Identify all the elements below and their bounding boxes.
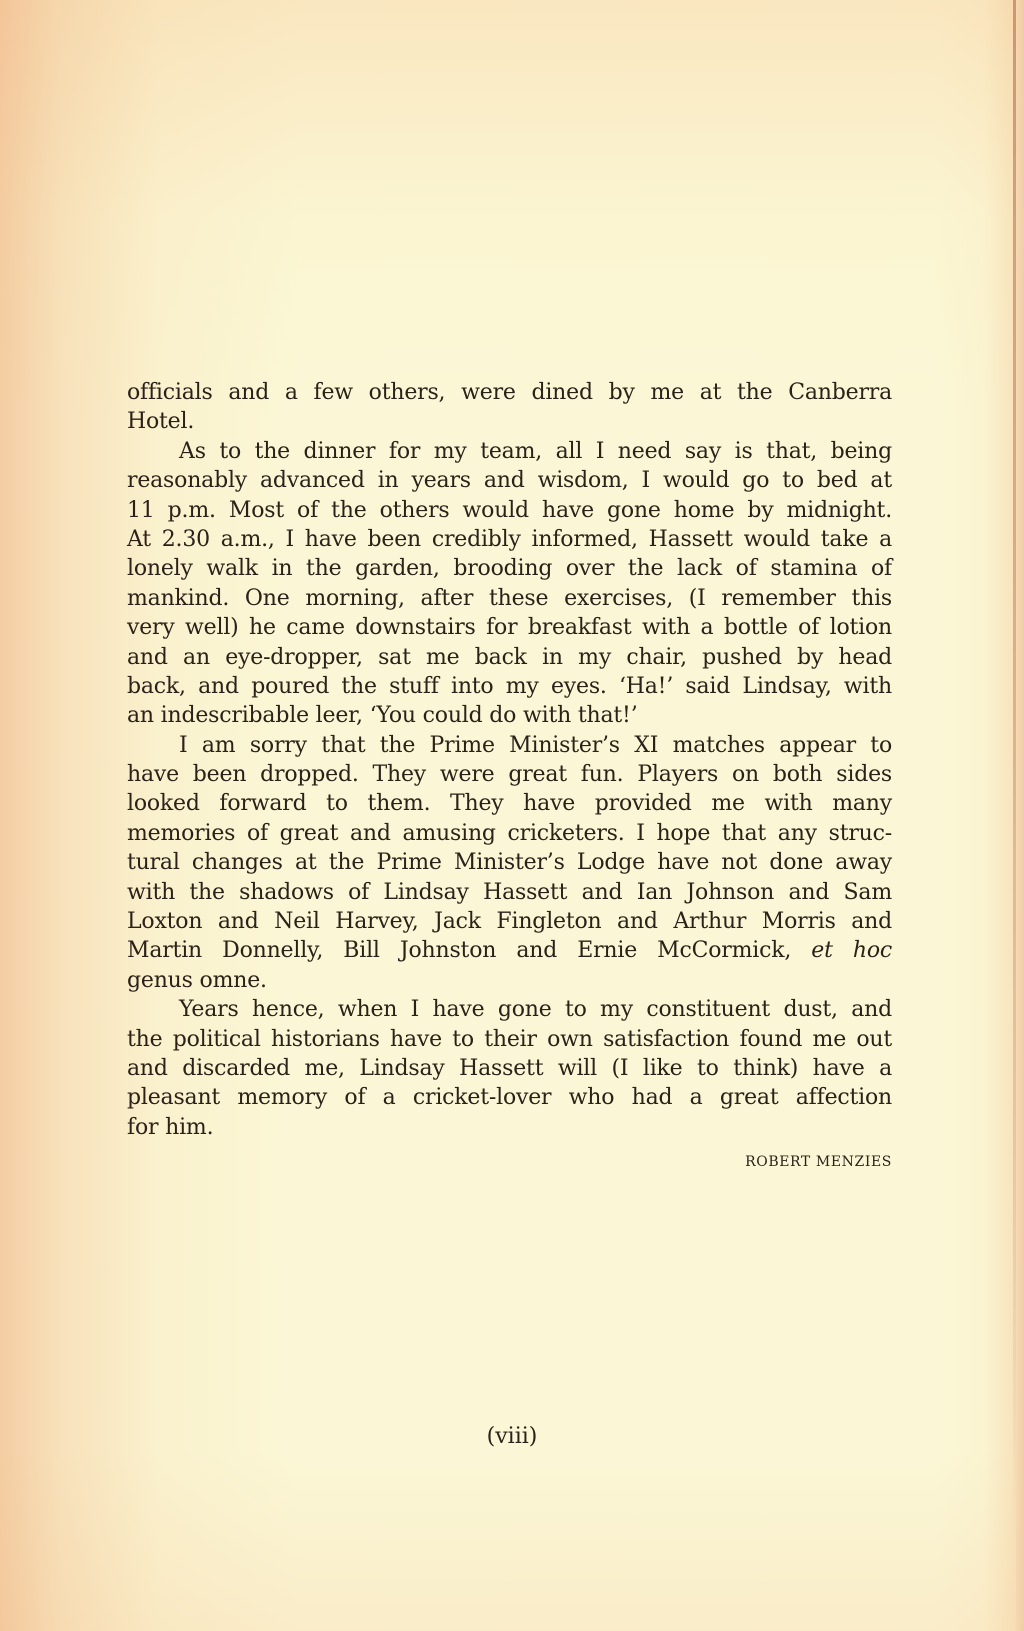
body-text: officials and a few others, were dined b… <box>127 378 892 1142</box>
latin-phrase-italic: et hoc <box>811 938 892 963</box>
text-line: and discarded me, Lindsay Hassett will (… <box>127 1054 892 1083</box>
text-line: Hotel. <box>127 407 892 436</box>
text-line: At 2.30 a.m., I have been credibly infor… <box>127 525 892 554</box>
text-line: have been dropped. They were great fun. … <box>127 760 892 789</box>
text-line: Years hence, when I have gone to my cons… <box>127 995 892 1024</box>
text-line: tural changes at the Prime Minister’s Lo… <box>127 848 892 877</box>
text-line: pleasant memory of a cricket-lover who h… <box>127 1083 892 1112</box>
text-line: Loxton and Neil Harvey, Jack Fingleton a… <box>127 907 892 936</box>
text-line: and an eye-dropper, sat me back in my ch… <box>127 643 892 672</box>
text-line: back, and poured the stuff into my eyes.… <box>127 672 892 701</box>
text-line: As to the dinner for my team, all I need… <box>127 437 892 466</box>
text-line: memories of great and amusing cricketers… <box>127 819 892 848</box>
text-line: the political historians have to their o… <box>127 1025 892 1054</box>
text-line: with the shadows of Lindsay Hassett and … <box>127 878 892 907</box>
text-segment: Martin Donnelly, Bill Johnston and Ernie… <box>127 938 791 963</box>
text-line: very well) he came downstairs for breakf… <box>127 613 892 642</box>
text-line: an indescribable leer, ‘You could do wit… <box>127 701 892 730</box>
text-line: for him. <box>127 1113 892 1142</box>
text-line-with-italic-tail: Martin Donnelly, Bill Johnston and Ernie… <box>127 936 892 965</box>
text-line: I am sorry that the Prime Minister’s XI … <box>127 731 892 760</box>
page-edge-shadow <box>1016 0 1024 1631</box>
text-line: looked forward to them. They have provid… <box>127 789 892 818</box>
text-line: reasonably advanced in years and wisdom,… <box>127 466 892 495</box>
page-edge-line <box>1013 0 1016 1540</box>
text-line: lonely walk in the garden, brooding over… <box>127 554 892 583</box>
text-line: mankind. One morning, after these exerci… <box>127 584 892 613</box>
text-line: officials and a few others, were dined b… <box>127 378 892 407</box>
latin-phrase-italic-line: genus omne. <box>127 966 892 995</box>
text-line: 11 p.m. Most of the others would have go… <box>127 496 892 525</box>
author-signature: ROBERT MENZIES <box>745 1154 892 1170</box>
page-number: (viii) <box>0 1424 1024 1449</box>
